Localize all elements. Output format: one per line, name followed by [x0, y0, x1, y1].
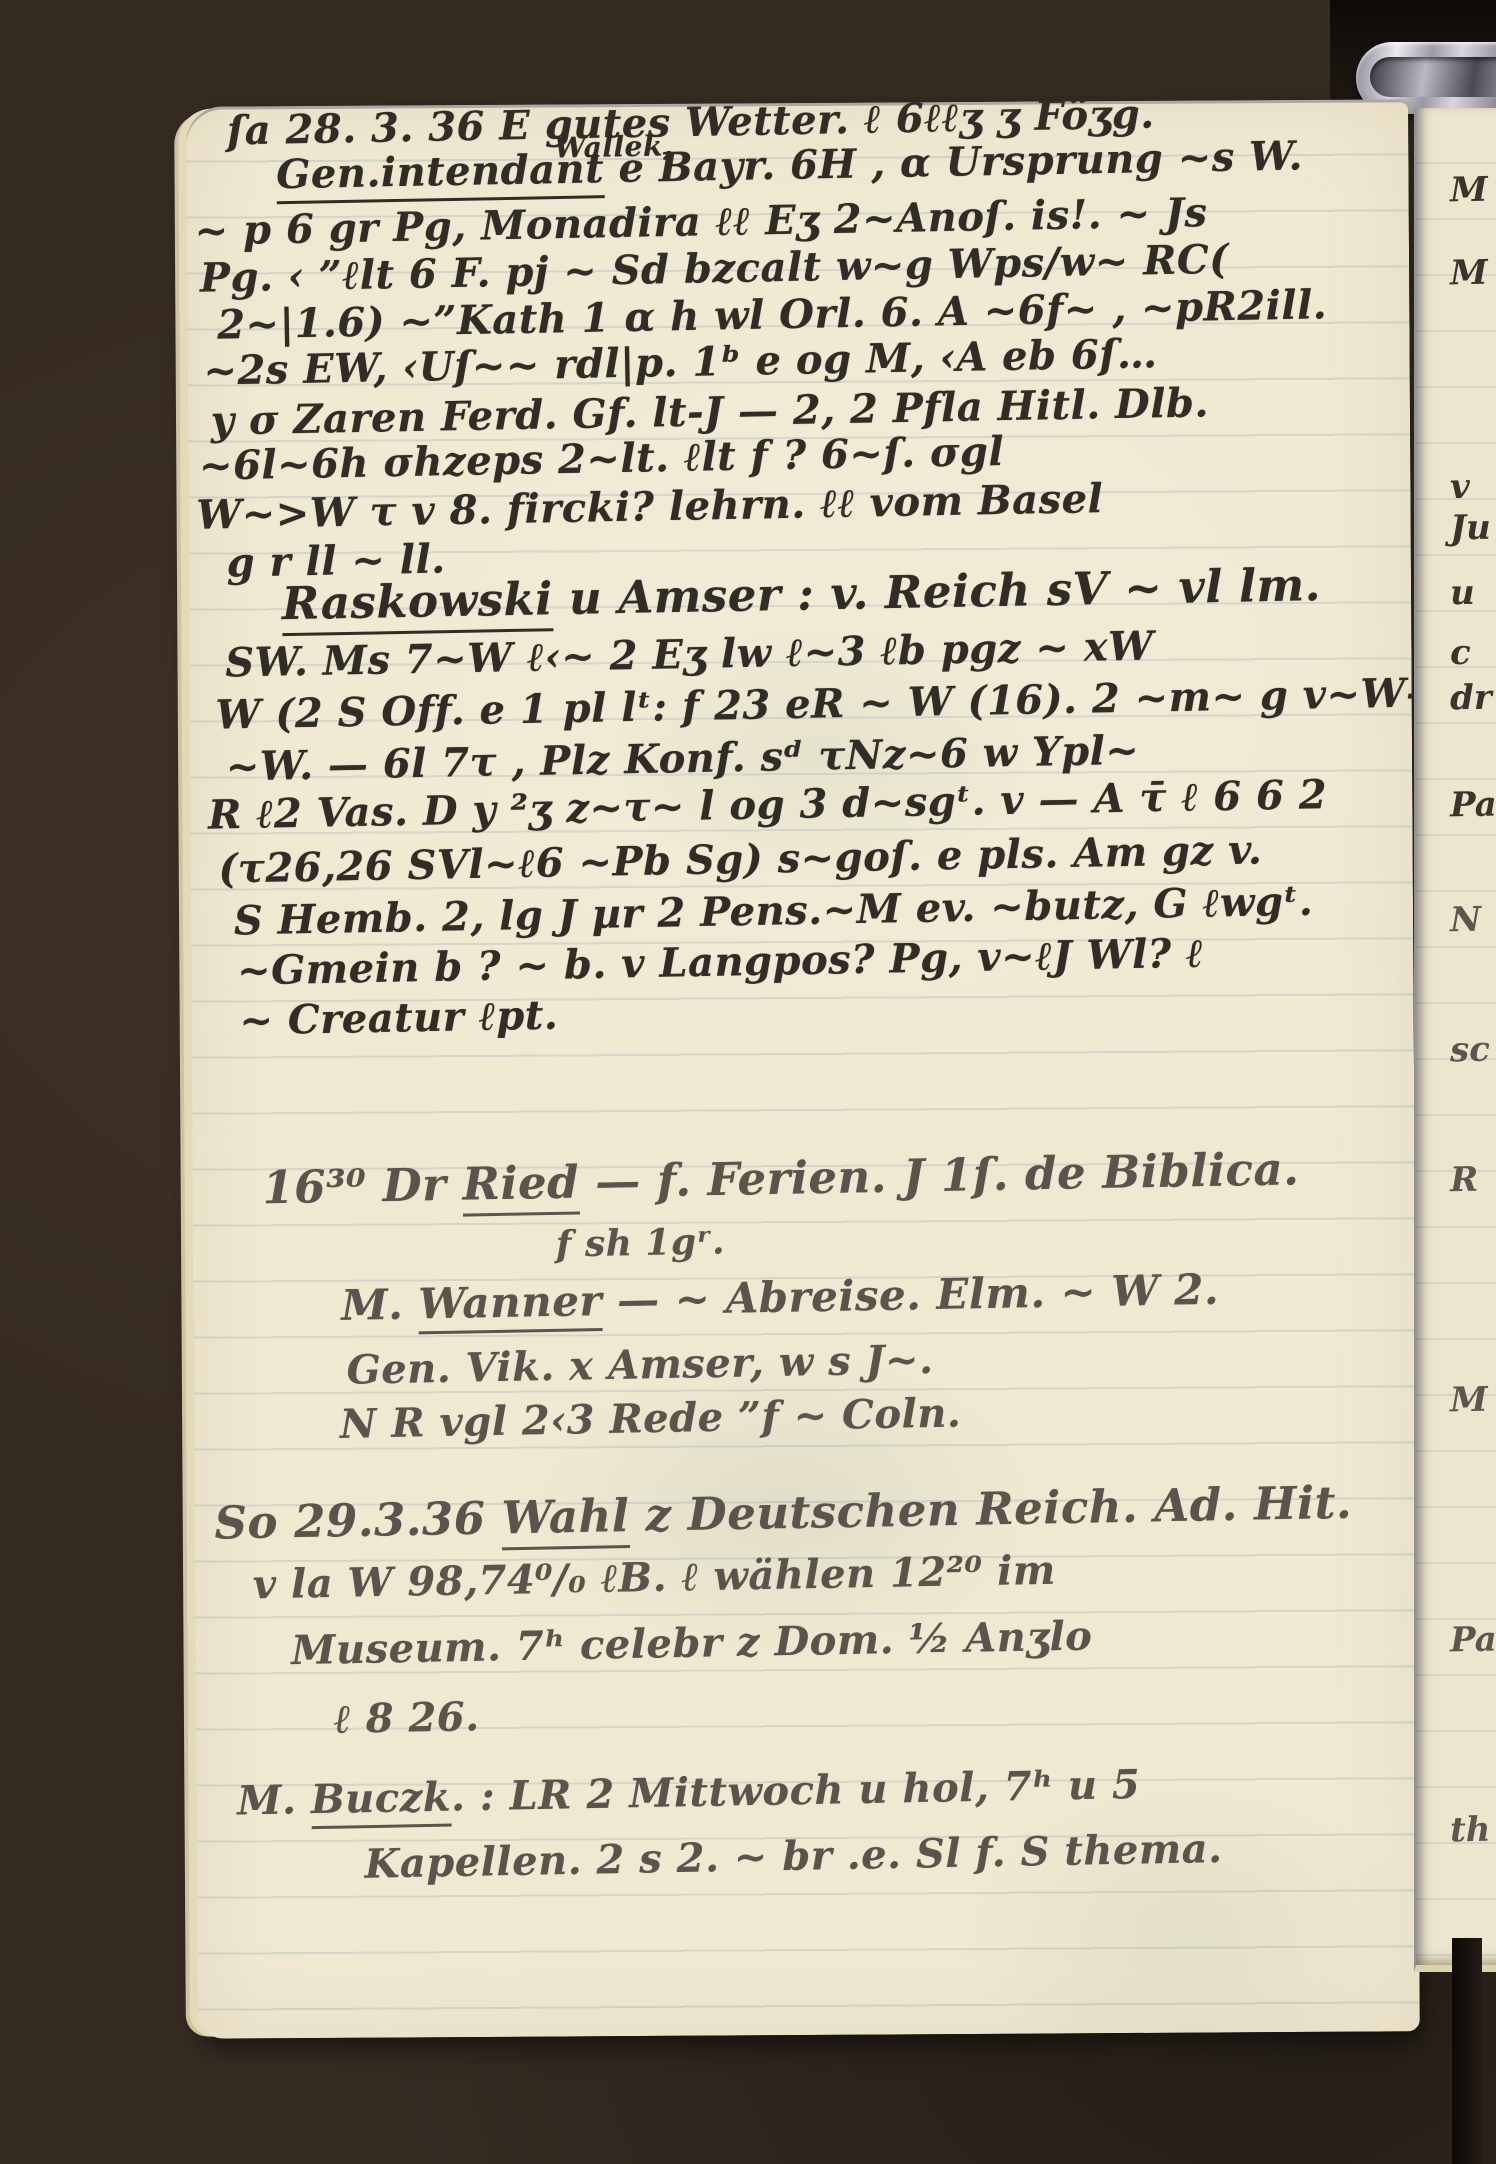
- diary-line-gen-vik: Gen. Vik. x Amser, w s J~.: [346, 1340, 934, 1391]
- diary-line-shorthand: ℓ 8 26.: [333, 1697, 480, 1740]
- next-page-text-fragment: v: [1450, 467, 1470, 507]
- next-page-text-fragment: Pa: [1450, 785, 1496, 826]
- next-page-text-fragment: dr: [1450, 678, 1492, 719]
- diary-line-kapellen: Kapellen. 2 s 2. ~ br .e. Sl f. S thema.: [364, 1829, 1223, 1885]
- diary-line-shorthand: f sh 1gʳ.: [556, 1223, 726, 1262]
- next-page-text-fragment: M: [1450, 1380, 1488, 1421]
- diary-line-1630-dr-ried: 16³⁰ Dr Ried — f. Ferien. J 1ſ. de Bibli…: [262, 1146, 1300, 1210]
- page-gap-shadow: [1452, 1938, 1482, 2164]
- next-page-text-fragment: c: [1450, 633, 1471, 673]
- next-page-text-fragment: M: [1450, 253, 1488, 294]
- diary-line-museum: Museum. 7ʰ celebr z Dom. ½ Anʒlo: [291, 1616, 1093, 1671]
- next-page-text-fragment: u: [1450, 573, 1475, 613]
- next-page-text-fragment: sc: [1450, 1030, 1491, 1071]
- next-page-text-fragment: th: [1450, 1810, 1491, 1851]
- diary-line-m-wanner: M. Wanner — ~ Abreise. Elm. ~ W 2.: [341, 1269, 1220, 1327]
- next-page-text-fragment: Pa: [1450, 1620, 1496, 1661]
- diary-line-9874-percent: v la W 98,74⁰/₀ ℓB. ℓ wählen 12²⁰ im: [253, 1551, 1056, 1606]
- photo-of-notebook: ſa 28. 3. 36 E gutes Wetter. ℓ 6ℓℓʒ ʒ Fö…: [0, 0, 1496, 2164]
- next-page-text-fragment: R: [1450, 1160, 1479, 1200]
- diary-left-page: ſa 28. 3. 36 E gutes Wetter. ℓ 6ℓℓʒ ʒ Fö…: [186, 99, 1420, 2038]
- diary-line-shorthand: W~>W τ v 8. fircki? lehrn. ℓℓ vom Basel: [196, 479, 1104, 536]
- diary-line-date-29-3-36-wahl: So 29.3.36 Wahl z Deutschen Reich. Ad. H…: [214, 1480, 1352, 1546]
- paper-clip-inner-loop: [1370, 57, 1496, 97]
- diary-line-m-buczk: M. Buczk. : LR 2 Mittwoch u hol, 7ʰ u 5: [237, 1765, 1141, 1822]
- diary-line-shorthand: ~Gmein b ? ~ b. v Langpos? Pg, v~ℓJ Wl? …: [237, 934, 1204, 992]
- diary-line-rede: N R vgl 2‹3 Rede ”f ~ Coln.: [340, 1393, 962, 1444]
- next-page-text-fragment: M: [1450, 170, 1488, 211]
- diary-line-shorthand: SW. Ms 7~W ℓ‹~ 2 Eʒ lw ℓ~3 ℓb pgz ~ xW: [225, 627, 1154, 684]
- next-page-edge: M M v Ju u c dr Pa N sc R M Pa th: [1414, 108, 1496, 1972]
- diary-line-shorthand: ~ Creatur ℓpt.: [239, 996, 558, 1042]
- next-page-text-fragment: N: [1450, 900, 1482, 941]
- next-page-text-fragment: Ju: [1450, 508, 1492, 549]
